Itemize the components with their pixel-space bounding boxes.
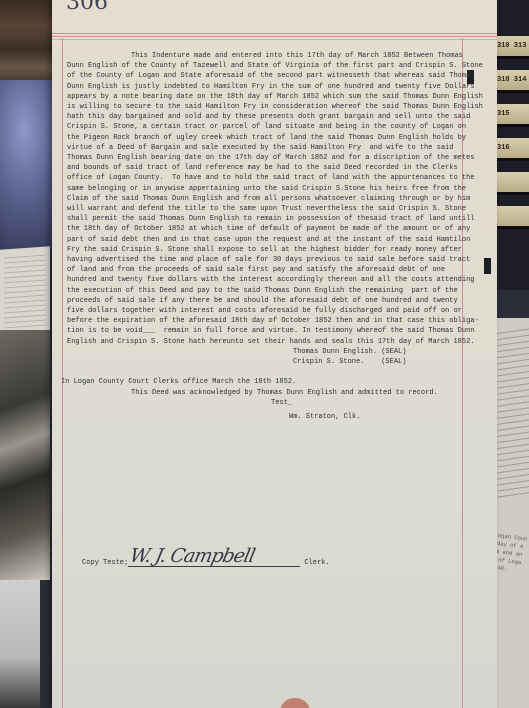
deed-line: same belonging or in anywise appertainin… (67, 184, 475, 194)
deed-line: Dunn English is justly indebted to Hamil… (67, 82, 475, 92)
index-tab (484, 258, 491, 274)
deed-line: and bounds of said tract of land referen… (67, 163, 475, 173)
deed-line: is willing to secure to the said Hamilto… (67, 102, 475, 112)
drawer-label (494, 206, 529, 226)
background-book-binding (0, 330, 50, 580)
drawer-label: 310 313 (494, 36, 529, 56)
clerk-suffix: Clerk. (304, 559, 329, 567)
copy-teste-label: Copy Teste; (82, 559, 128, 567)
drawer-label (494, 172, 529, 192)
deed-line: English and Crispin S. Stone hath hereun… (67, 337, 475, 347)
handwritten-signature: W. J. Campbell (128, 546, 305, 567)
deed-line: Claim of the said Thomas Dunn English an… (67, 194, 475, 204)
clerk-office-note: In Logan County Court Clerks office Marc… (61, 377, 475, 387)
deed-line: of land and from the proceeds of said sa… (67, 265, 475, 275)
deed-line: will warrant and defend the title to the… (67, 204, 475, 214)
finger-tip (280, 698, 310, 708)
acknowledgement-note: This Deed was acknowledged by Thomas Dun… (67, 388, 475, 398)
deed-line: office of Logan County. To have and to h… (67, 173, 475, 183)
drawer-label: 316 (494, 138, 529, 158)
copy-teste-line: Copy Teste; W. J. Campbell Clerk. (82, 546, 330, 567)
deed-line: shall permit the said Thomas Dunn Englis… (67, 214, 475, 224)
deed-line: part of said debt then and in that case … (67, 235, 475, 245)
deed-line: before the expiration of the aforesaid 1… (67, 316, 475, 326)
background-bottom-left (0, 580, 40, 708)
deed-line: This Indenture made and entered into thi… (67, 51, 475, 61)
header-rule (52, 36, 497, 37)
signature-line: Thomas Dunn English. (SEAL) (67, 347, 475, 357)
drawer-label: 310 314 (494, 70, 529, 90)
deed-line: the 18th day of October 1852 at which ti… (67, 224, 475, 234)
signatory-name: Thomas Dunn English. (293, 348, 377, 356)
deed-line: Fry the said Crispin S. Stone shall expo… (67, 245, 475, 255)
drawer-label: 315 (494, 104, 529, 124)
left-margin-rule (62, 38, 63, 708)
deed-text: This Indenture made and entered into thi… (67, 51, 475, 422)
deed-line: five dollars together with interest and … (67, 306, 475, 316)
deed-line: tion is to be void___ remain in full for… (67, 326, 475, 336)
deed-line: the Pigeon Rock branch of ugley creek wh… (67, 133, 475, 143)
signatory-name: Crispin S. Stone. (293, 358, 364, 366)
signature-line: Crispin S. Stone. (SEAL) (67, 357, 475, 367)
deed-record-page: 306 This Indenture made and entered into… (52, 0, 497, 708)
deed-line: proceeds of said sale if any there be an… (67, 296, 475, 306)
test-label: Test_ (67, 398, 475, 408)
deed-line: having advertised the time and place of … (67, 255, 475, 265)
page-number: 306 (66, 0, 108, 15)
background-paper-left (0, 246, 50, 339)
header-rule (52, 33, 497, 34)
clerk-signature: Wm. Straton, Clk. (67, 412, 475, 422)
deed-line: hath this day bargained and sold and by … (67, 112, 475, 122)
deed-line: hundred and twenty five dollars with the… (67, 275, 475, 285)
deed-line: Thomas Dunn English bearing date on the … (67, 153, 475, 163)
deed-line: Crispin S. Stone, a certain tract or par… (67, 122, 475, 132)
seal-mark: (SEAL) (381, 348, 406, 356)
deed-line: the execution of this Deed and pay to th… (67, 286, 475, 296)
deed-line: appears by a note bearing date on the 18… (67, 92, 475, 102)
deed-line: Dunn English of the County of Tazewell a… (67, 61, 475, 71)
deed-line: virtue of a Deed of Bargain and sale exe… (67, 143, 475, 153)
header-rule (52, 39, 497, 40)
deed-line: of the County of Logan and State aforesa… (67, 71, 475, 81)
seal-mark: (SEAL) (381, 358, 406, 366)
